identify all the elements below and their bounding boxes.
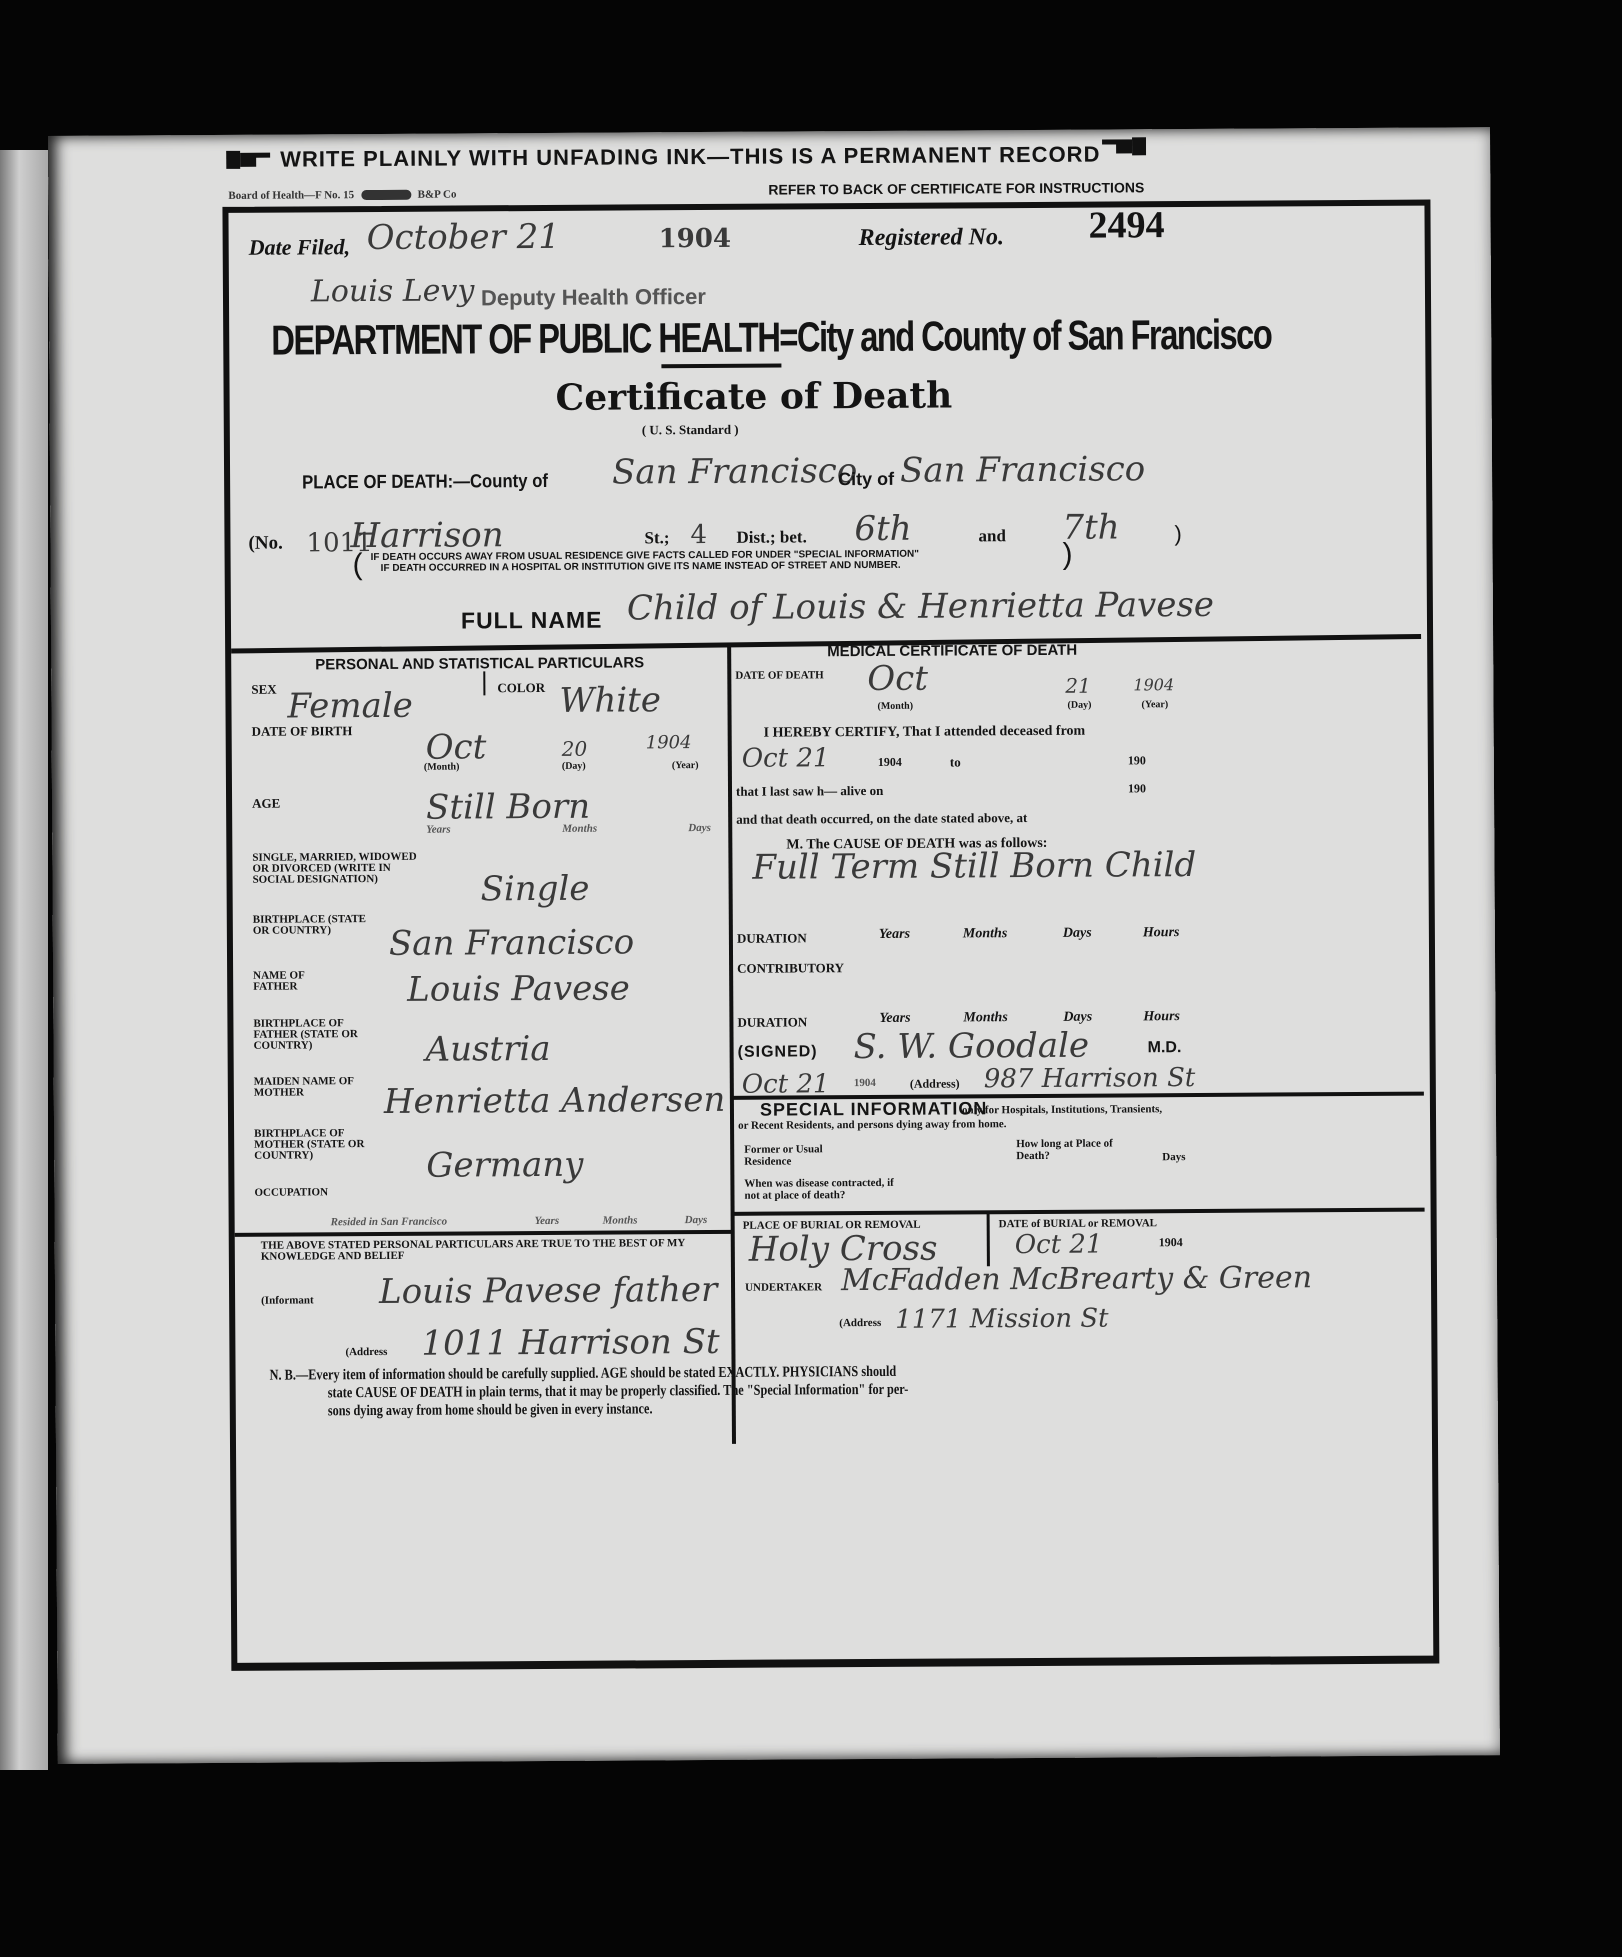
to-label: to [950, 754, 961, 770]
last-saw-statement: that I last saw h— alive on [736, 783, 883, 800]
refer-instructions-note: REFER TO BACK OF CERTIFICATE FOR INSTRUC… [768, 179, 1144, 197]
dod-year-caption: (Year) [1141, 699, 1168, 710]
st-label: St.; [644, 528, 669, 548]
sex-label: SEX [251, 683, 276, 696]
father-name-value[interactable]: Louis Pavese [407, 968, 630, 1009]
informant-address[interactable]: 1011 Harrison St [421, 1322, 719, 1364]
date-filed-year[interactable]: 1904 [659, 224, 732, 254]
birthplace-label: BIRTHPLACE (State or Country) [253, 914, 373, 937]
mother-name-value[interactable]: Henrietta Andersen [384, 1080, 726, 1122]
signed-year[interactable]: 1904 [854, 1077, 876, 1089]
county-value[interactable]: San Francisco [612, 451, 857, 492]
cause-of-death-value[interactable]: Full Term Still Born Child [752, 845, 1196, 888]
last-saw-year[interactable]: 190 [1128, 781, 1146, 796]
date-filed-label: Date Filed, [249, 234, 351, 261]
resided-years: Years [535, 1215, 560, 1227]
burial-year[interactable]: 1904 [1159, 1235, 1183, 1250]
full-name-value[interactable]: Child of Louis & Henrietta Pavese [627, 585, 1214, 629]
dob-year[interactable]: 1904 [646, 732, 692, 753]
registered-no-label: Registered No. [859, 224, 1004, 252]
title-divider [661, 364, 781, 369]
how-long-days: Days [1162, 1151, 1185, 1163]
personal-section-title: PERSONAL AND STATISTICAL PARTICULARS [315, 654, 644, 673]
dod-month-caption: (Month) [877, 701, 913, 712]
duration-years-1: Years [879, 927, 910, 943]
duration-days-1: Days [1063, 926, 1092, 942]
date-filed-value[interactable]: October 21 [367, 217, 561, 258]
duration-hours-2: Hours [1143, 1009, 1180, 1025]
physician-address[interactable]: 987 Harrison St [984, 1063, 1196, 1094]
informant-statement: THE ABOVE STATED PERSONAL PARTICULARS AR… [261, 1238, 721, 1263]
note-close-paren: ) [1062, 540, 1072, 570]
and-label: and [978, 526, 1006, 546]
duration-days-2: Days [1063, 1010, 1092, 1026]
dod-month[interactable]: Oct [867, 659, 928, 699]
resided-days: Days [685, 1214, 708, 1226]
department-title: DEPARTMENT OF PUBLIC HEALTH=City and Cou… [271, 311, 1207, 365]
occupation-label: OCCUPATION [254, 1186, 328, 1199]
death-certificate-page: WRITE PLAINLY WITH UNFADING INK—THIS IS … [48, 127, 1500, 1764]
color-value[interactable]: White [559, 680, 661, 721]
to-year[interactable]: 190 [1128, 753, 1146, 768]
attended-from-year[interactable]: 1904 [878, 755, 902, 770]
disease-contracted-label: When was disease contracted, if not at p… [744, 1177, 904, 1202]
officer-title: Deputy Health Officer [481, 284, 706, 311]
undertaker-value[interactable]: McFadden McBrearty & Green [841, 1260, 1312, 1298]
registered-number[interactable]: 2494 [1088, 203, 1164, 247]
resided-label: Resided in San Francisco [331, 1216, 448, 1229]
age-months-caption: Months [562, 823, 597, 835]
dob-day[interactable]: 20 [562, 737, 588, 761]
color-label: COLOR [497, 681, 545, 694]
duration-years-2: Years [879, 1011, 910, 1027]
resided-months: Months [603, 1214, 638, 1226]
note-open-paren: ( [353, 550, 363, 580]
city-value[interactable]: San Francisco [900, 449, 1145, 490]
special-info-subtitle-a: only for Hospitals, Institutions, Transi… [962, 1103, 1162, 1116]
age-label: AGE [252, 797, 280, 810]
undertaker-label: UNDERTAKER [745, 1281, 822, 1293]
special-info-title: SPECIAL INFORMATION [760, 1098, 987, 1120]
adjacent-page-edge [0, 150, 48, 1770]
burial-column-divider [987, 1212, 990, 1266]
father-name-label: NAME OF FATHER [253, 970, 333, 992]
us-standard-label: ( U. S. Standard ) [642, 422, 739, 439]
special-info-subtitle-b: or Recent Residents, and persons dying a… [738, 1118, 1007, 1132]
father-birthplace-label: BIRTHPLACE OF FATHER (State or Country) [253, 1018, 373, 1052]
certificate-title: Certificate of Death [555, 374, 952, 418]
duration-hours-1: Hours [1143, 925, 1180, 941]
former-residence-label: Former or Usual Residence [744, 1143, 834, 1168]
dob-month-caption: (Month) [424, 761, 460, 772]
certify-statement: I HEREBY CERTIFY, That I attended deceas… [764, 724, 1086, 742]
dob-day-caption: (Day) [562, 761, 586, 772]
md-label: M.D. [1148, 1039, 1182, 1057]
duration-label-1: DURATION [737, 931, 807, 944]
street-name[interactable]: Harrison [350, 515, 503, 556]
informant-address-label: (Address [345, 1346, 387, 1358]
between-street-1[interactable]: 6th [854, 509, 911, 549]
form-number: Board of Health—F No. 15 B&P Co [228, 189, 456, 202]
footnote-line-3: sons dying away from home should be give… [328, 1400, 653, 1420]
burial-date-label: DATE of BURIAL or REMOVAL [999, 1217, 1157, 1230]
physician-signature[interactable]: S. W. Goodale [853, 1026, 1089, 1067]
officer-signature: Louis Levy [311, 273, 475, 309]
mother-birthplace-value[interactable]: Germany [426, 1145, 583, 1186]
duration-months-1: Months [963, 926, 1007, 942]
attended-from[interactable]: Oct 21 [742, 743, 830, 774]
father-birthplace-value[interactable]: Austria [425, 1029, 550, 1070]
pointing-hand-right-icon [226, 147, 274, 176]
dist-bet-label: Dist.; bet. [736, 527, 806, 547]
close-paren: ) [1174, 521, 1181, 547]
medical-section-title: MEDICAL CERTIFICATE OF DEATH [827, 642, 1077, 661]
birthplace-value[interactable]: San Francisco [389, 922, 634, 963]
dod-year[interactable]: 1904 [1133, 675, 1174, 694]
marital-status-value[interactable]: Single [480, 869, 589, 910]
age-years-caption: Years [426, 824, 451, 836]
ward-number[interactable]: 4 [690, 520, 707, 550]
contributory-label: CONTRIBUTORY [737, 961, 844, 975]
mother-birthplace-label: BIRTHPLACE OF MOTHER (State or Country) [254, 1128, 374, 1162]
age-days-caption: Days [688, 822, 711, 834]
street-no-label: (No. [248, 533, 282, 555]
duration-months-2: Months [963, 1010, 1007, 1026]
footnote-line-2: state CAUSE OF DEATH in plain terms, tha… [328, 1381, 909, 1403]
death-occurred-statement: and that death occurred, on the date sta… [736, 810, 1027, 828]
color-divider [483, 671, 485, 695]
duration-label-2: DURATION [737, 1015, 807, 1028]
full-name-label: FULL NAME [461, 607, 603, 635]
undertaker-address-label: (Address [839, 1317, 881, 1329]
marital-status-label: SINGLE, MARRIED, WIDOWED OR DIVORCED (Wr… [252, 852, 432, 886]
age-value[interactable]: Still Born [426, 787, 590, 828]
dod-label: DATE OF DEATH [735, 669, 823, 683]
how-long-label: How long at Place of Death? [1016, 1137, 1126, 1162]
dob-year-caption: (Year) [672, 760, 699, 771]
city-label: City of [838, 469, 894, 490]
signed-label: (SIGNED) [738, 1043, 818, 1061]
physician-address-label: (Address) [910, 1076, 960, 1091]
ink-warning-banner: WRITE PLAINLY WITH UNFADING INK—THIS IS … [280, 142, 1100, 173]
union-label-icon [361, 190, 411, 200]
dod-day[interactable]: 21 [1065, 674, 1091, 698]
burial-date-value[interactable]: Oct 21 [1015, 1230, 1103, 1261]
place-of-death-label: PLACE OF DEATH:—County of [302, 471, 548, 495]
undertaker-address[interactable]: 1171 Mission St [895, 1304, 1108, 1335]
dod-day-caption: (Day) [1067, 700, 1091, 711]
informant-label: (Informant [261, 1294, 314, 1306]
dob-label: DATE OF BIRTH [252, 724, 353, 738]
sex-value[interactable]: Female [287, 686, 413, 727]
mother-name-label: MAIDEN NAME OF MOTHER [254, 1076, 374, 1099]
informant-name[interactable]: Louis Pavese father [379, 1270, 717, 1312]
pointing-hand-left-icon [1098, 133, 1146, 162]
